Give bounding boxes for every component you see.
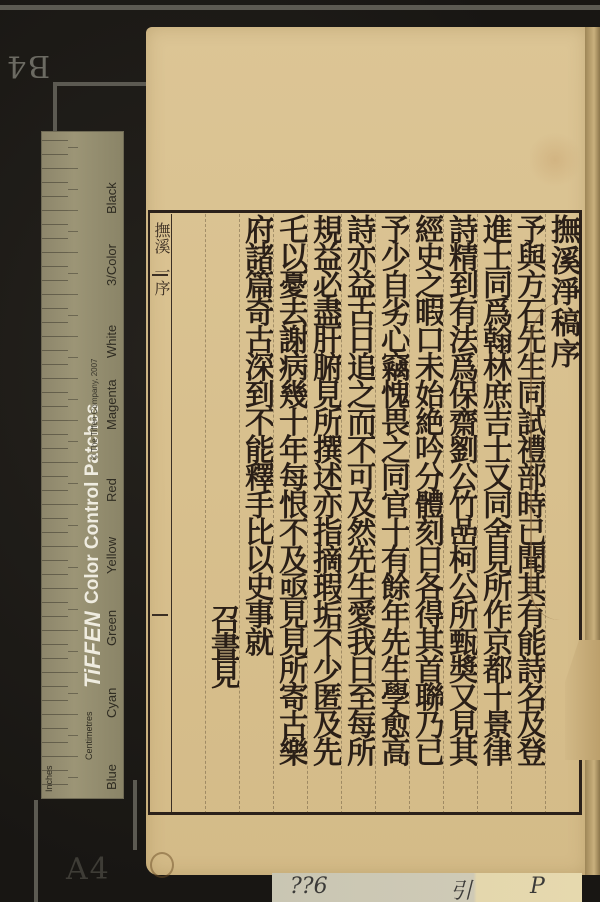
swatch-white: White bbox=[104, 286, 119, 358]
author-signature: 召晝見 bbox=[205, 214, 239, 814]
mat-line-inner-top bbox=[53, 82, 148, 86]
copyright-text: © The Tiffen Company, 2007 bbox=[90, 358, 99, 460]
swatch-green: Green bbox=[104, 574, 119, 646]
swatch-yellow: Yellow bbox=[104, 502, 119, 574]
mat-label-b4: B4 bbox=[5, 48, 50, 83]
text-columns: 撫溪淨稿序 予與方石先生同試禮部時已聞其有能詩名及登 進士同爲翰林庶吉士又同舍見… bbox=[171, 214, 579, 814]
paper-tear bbox=[530, 300, 587, 620]
text-column: 乇以憂去謝病幾十年每恨不及亟見見所寄古樂 bbox=[273, 214, 307, 814]
text-column: 詩亦益古日追之而不可及然先生愛我日至每所 bbox=[341, 214, 375, 814]
color-control-ruler: Inches Centimetres TiFFEN Color Control … bbox=[41, 131, 124, 799]
fishtail-mark-upper bbox=[152, 274, 168, 276]
swatch-3color: 3/Color bbox=[104, 214, 119, 286]
swatch-magenta: Magenta bbox=[104, 358, 119, 430]
slip-handwriting-2: 引 bbox=[450, 874, 472, 902]
swatch-blue: Blue bbox=[104, 718, 119, 800]
page-margin-heart: 撫溪 一序 bbox=[150, 214, 172, 812]
mat-line-left bbox=[34, 800, 38, 902]
fishtail-mark-lower bbox=[152, 614, 168, 616]
slip-handwriting-1: ??6 bbox=[290, 874, 328, 899]
paper-stain bbox=[530, 130, 580, 190]
text-column: 經史之暇口未始絶吟分體刻日各得其首聯乃已 bbox=[409, 214, 443, 814]
mat-line-inner-left bbox=[53, 82, 57, 132]
text-column: 府諸篇奇古深到不能釋手比以史事就 bbox=[239, 214, 273, 814]
text-column: 予少自劣心竊愧畏之同官十有餘年先生學愈高 bbox=[375, 214, 409, 814]
mat-line-top bbox=[0, 5, 600, 10]
margin-title: 撫溪 bbox=[150, 214, 173, 254]
text-column: 進士同爲翰林庶吉士又同舍見所作京都十景律 bbox=[477, 214, 511, 814]
centimetres-label: Centimetres bbox=[84, 711, 94, 760]
mat-line-right bbox=[133, 780, 137, 850]
slip-handwriting-3: P bbox=[530, 874, 545, 899]
inches-label: Inches bbox=[44, 765, 54, 792]
page-corner-curl bbox=[150, 852, 174, 878]
swatch-cyan: Cyan bbox=[104, 646, 119, 718]
text-column: 詩精到有法爲保齋劉公竹嵒柯公所甄奬又見其 bbox=[443, 214, 477, 814]
swatch-black: Black bbox=[104, 154, 119, 214]
swatch-red: Red bbox=[104, 430, 119, 502]
text-column: 規益必盡肝腑見所撰述亦指摘瑕垢不少匿及先 bbox=[307, 214, 341, 814]
swatch-labels: Blue Cyan Green Yellow Red Magenta White… bbox=[104, 154, 119, 800]
tiffen-logo: TiFFEN bbox=[80, 611, 106, 688]
ruler-labels: Inches Centimetres TiFFEN Color Control … bbox=[42, 132, 125, 800]
mat-label-a4: A4 bbox=[66, 852, 111, 887]
